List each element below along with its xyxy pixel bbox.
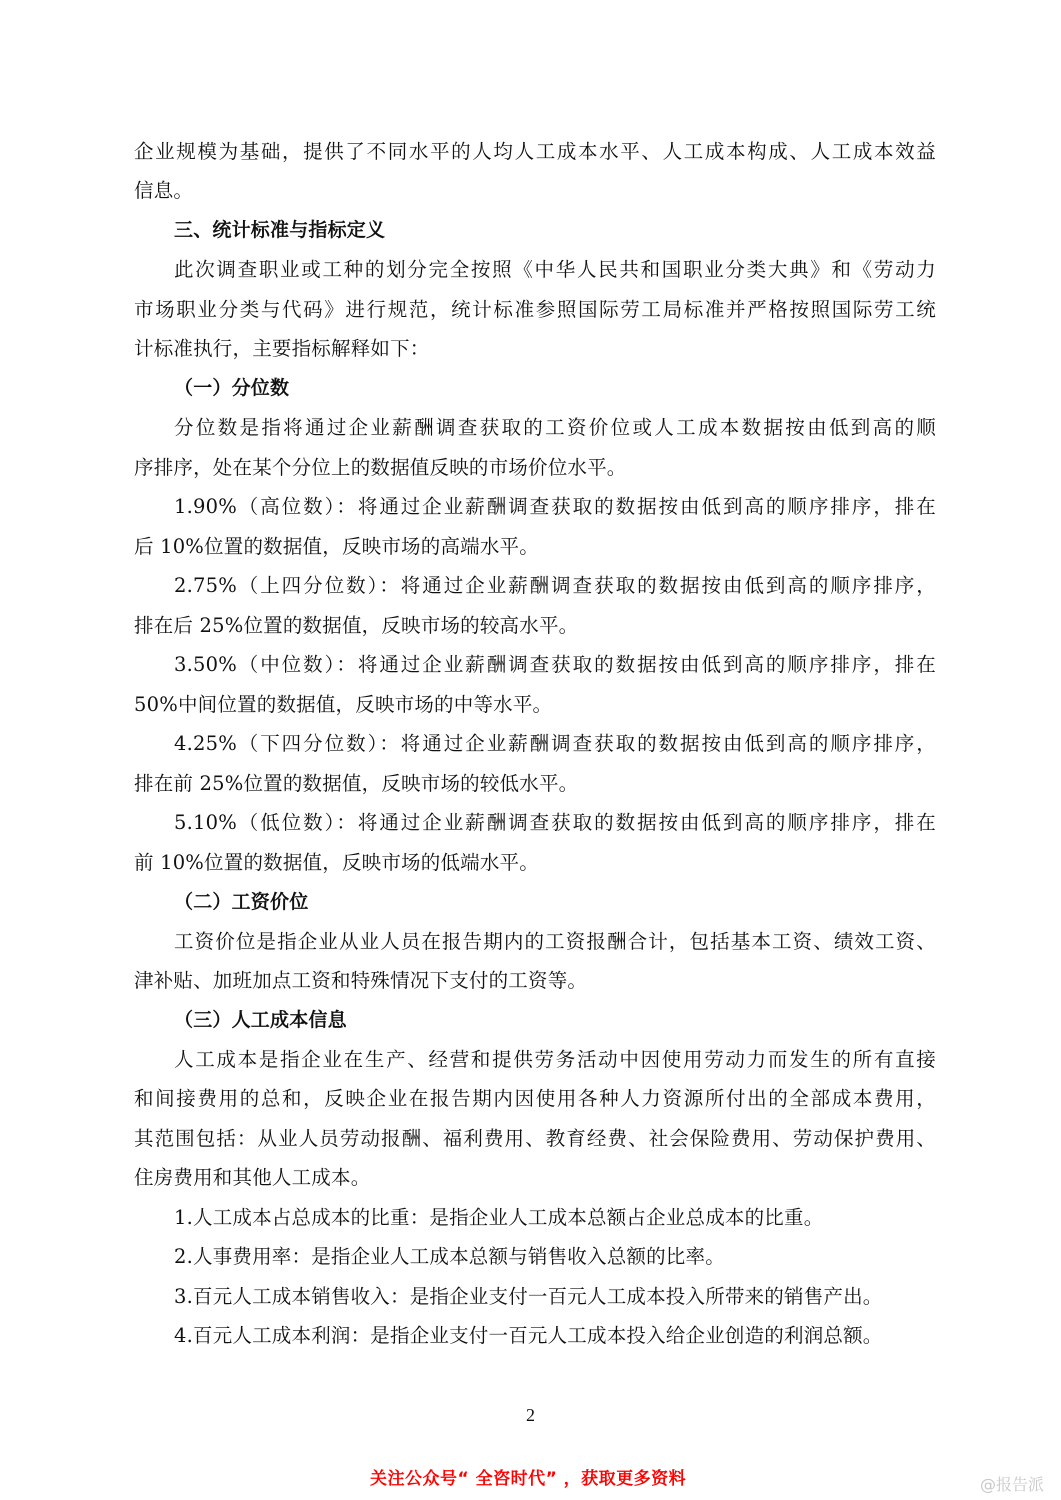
paragraph-line: 排在前 25%位置的数据值，反映市场的较低水平。: [134, 772, 934, 796]
paragraph-line: 分位数是指将通过企业薪酬调查获取的工资价位或人工成本数据按由低到高的顺: [174, 416, 936, 440]
paragraph-line: 50%中间位置的数据值，反映市场的中等水平。: [134, 693, 934, 717]
document-page: 企业规模为基础，提供了不同水平的人均人工成本水平、人工成本构成、人工成本效益信息…: [0, 0, 1061, 1500]
page-number: 2: [0, 1405, 1061, 1426]
promo-banner-text: 关注公众号“ 全咨时代” ，获取更多资料: [370, 1464, 686, 1489]
paragraph-line: 1.人工成本占总成本的比重：是指企业人工成本总额占企业总成本的比重。: [174, 1206, 974, 1230]
watermark: @报告派: [980, 1472, 1044, 1495]
section-heading: （一）分位数: [174, 376, 974, 400]
paragraph-line: 其范围包括：从业人员劳动报酬、福利费用、教育经费、社会保险费用、劳动保护费用、: [134, 1127, 936, 1151]
paragraph-line: 津补贴、加班加点工资和特殊情况下支付的工资等。: [134, 969, 934, 993]
paragraph-line: 和间接费用的总和，反映企业在报告期内因使用各种人力资源所付出的全部成本费用，: [134, 1087, 936, 1111]
paragraph-line: 信息。: [134, 179, 934, 203]
section-heading: （三）人工成本信息: [174, 1008, 974, 1032]
paragraph-line: 企业规模为基础，提供了不同水平的人均人工成本水平、人工成本构成、人工成本效益: [134, 140, 936, 164]
paragraph-line: 序排序，处在某个分位上的数据值反映的市场价位水平。: [134, 456, 934, 480]
paragraph-line: 5.10%（低位数）：将通过企业薪酬调查获取的数据按由低到高的顺序排序，排在: [174, 811, 936, 835]
paragraph-line: 住房费用和其他人工成本。: [134, 1166, 934, 1190]
paragraph-line: 计标准执行，主要指标解释如下：: [134, 337, 934, 361]
paragraph-line: 排在后 25%位置的数据值，反映市场的较高水平。: [134, 614, 934, 638]
paragraph-line: 市场职业分类与代码》进行规范，统计标准参照国际劳工局标准并严格按照国际劳工统: [134, 298, 936, 322]
paragraph-line: 3.50%（中位数）：将通过企业薪酬调查获取的数据按由低到高的顺序排序，排在: [174, 653, 936, 677]
section-heading: 三、统计标准与指标定义: [174, 218, 974, 242]
paragraph-line: 前 10%位置的数据值，反映市场的低端水平。: [134, 851, 934, 875]
paragraph-line: 1.90%（高位数）：将通过企业薪酬调查获取的数据按由低到高的顺序排序，排在: [174, 495, 936, 519]
paragraph-line: 此次调查职业或工种的划分完全按照《中华人民共和国职业分类大典》和《劳动力: [174, 258, 936, 282]
section-heading: （二）工资价位: [174, 890, 974, 914]
paragraph-line: 4.百元人工成本利润：是指企业支付一百元人工成本投入给企业创造的利润总额。: [174, 1324, 974, 1348]
paragraph-line: 后 10%位置的数据值，反映市场的高端水平。: [134, 535, 934, 559]
paragraph-line: 工资价位是指企业从业人员在报告期内的工资报酬合计，包括基本工资、绩效工资、: [174, 930, 936, 954]
paragraph-line: 2.75%（上四分位数）：将通过企业薪酬调查获取的数据按由低到高的顺序排序，: [174, 574, 936, 598]
paragraph-line: 人工成本是指企业在生产、经营和提供劳务活动中因使用劳动力而发生的所有直接: [174, 1048, 936, 1072]
paragraph-line: 4.25%（下四分位数）：将通过企业薪酬调查获取的数据按由低到高的顺序排序，: [174, 732, 936, 756]
paragraph-line: 2.人事费用率：是指企业人工成本总额与销售收入总额的比率。: [174, 1245, 974, 1269]
paragraph-line: 3.百元人工成本销售收入：是指企业支付一百元人工成本投入所带来的销售产出。: [174, 1285, 974, 1309]
